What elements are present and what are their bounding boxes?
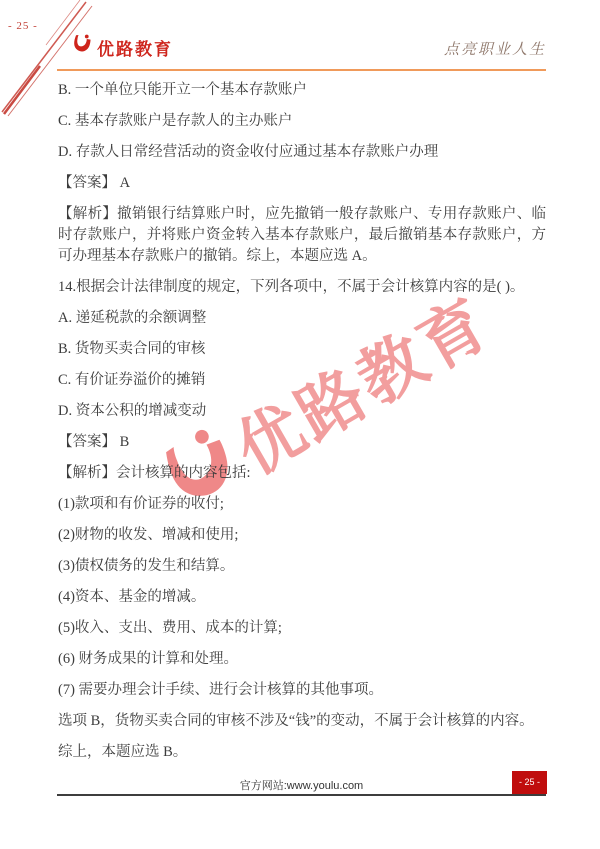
conclusion-line: 综上，本题应选 B。 bbox=[58, 742, 546, 763]
header-logo: 优路教育 bbox=[71, 34, 173, 60]
option-line: B. 货物买卖合同的审核 bbox=[58, 339, 546, 360]
option-line: D. 存款人日常经营活动的资金收付应通过基本存款账户办理 bbox=[58, 142, 546, 163]
analysis-list-item: (4)资本、基金的增减。 bbox=[58, 587, 546, 608]
option-line: B. 一个单位只能开立一个基本存款账户 bbox=[58, 80, 546, 101]
analysis-list-item: (2)财物的收发、增减和使用; bbox=[58, 525, 546, 546]
analysis-list-item: (7) 需要办理会计手续、进行会计核算的其他事项。 bbox=[58, 680, 546, 701]
footer-divider bbox=[57, 794, 546, 796]
header-logo-text: 优路教育 bbox=[97, 35, 173, 60]
question-stem: 14.根据会计法律制度的规定，下列各项中，不属于会计核算内容的是( )。 bbox=[58, 277, 546, 298]
header-divider bbox=[57, 69, 546, 71]
analysis-note: 选项 B，货物买卖合同的审核不涉及“钱”的变动，不属于会计核算的内容。 bbox=[58, 711, 546, 732]
analysis-list-item: (1)款项和有价证券的收付; bbox=[58, 494, 546, 515]
analysis-paragraph: 【解析】撤销银行结算账户时，应先撤销一般存款账户、专用存款账户、临时存款账户，并… bbox=[58, 204, 546, 267]
header-slogan: 点亮职业人生 bbox=[444, 38, 546, 59]
footer-website: 官方网站:www.youlu.com bbox=[57, 777, 546, 793]
option-line: C. 基本存款账户是存款人的主办账户 bbox=[58, 111, 546, 132]
document-page: - 25 - 优路教育 点亮职业人生 优路教育 B. 一个单位只能开立一个基本存… bbox=[0, 0, 600, 849]
option-line: D. 资本公积的增减变动 bbox=[58, 401, 546, 422]
footer-page-badge: - 25 - bbox=[512, 771, 547, 794]
question-content: B. 一个单位只能开立一个基本存款账户 C. 基本存款账户是存款人的主办账户 D… bbox=[58, 80, 546, 773]
analysis-list-item: (3)债权债务的发生和结算。 bbox=[58, 556, 546, 577]
analysis-heading: 【解析】会计核算的内容包括: bbox=[58, 463, 546, 484]
youlu-logo-icon bbox=[71, 34, 92, 60]
option-line: C. 有价证券溢价的摊销 bbox=[58, 370, 546, 391]
answer-line: 【答案】 B bbox=[58, 432, 546, 453]
analysis-list-item: (6) 财务成果的计算和处理。 bbox=[58, 649, 546, 670]
answer-line: 【答案】 A bbox=[58, 173, 546, 194]
option-line: A. 递延税款的余额调整 bbox=[58, 308, 546, 329]
analysis-list-item: (5)收入、支出、费用、成本的计算; bbox=[58, 618, 546, 639]
corner-page-number: - 25 - bbox=[8, 20, 38, 32]
